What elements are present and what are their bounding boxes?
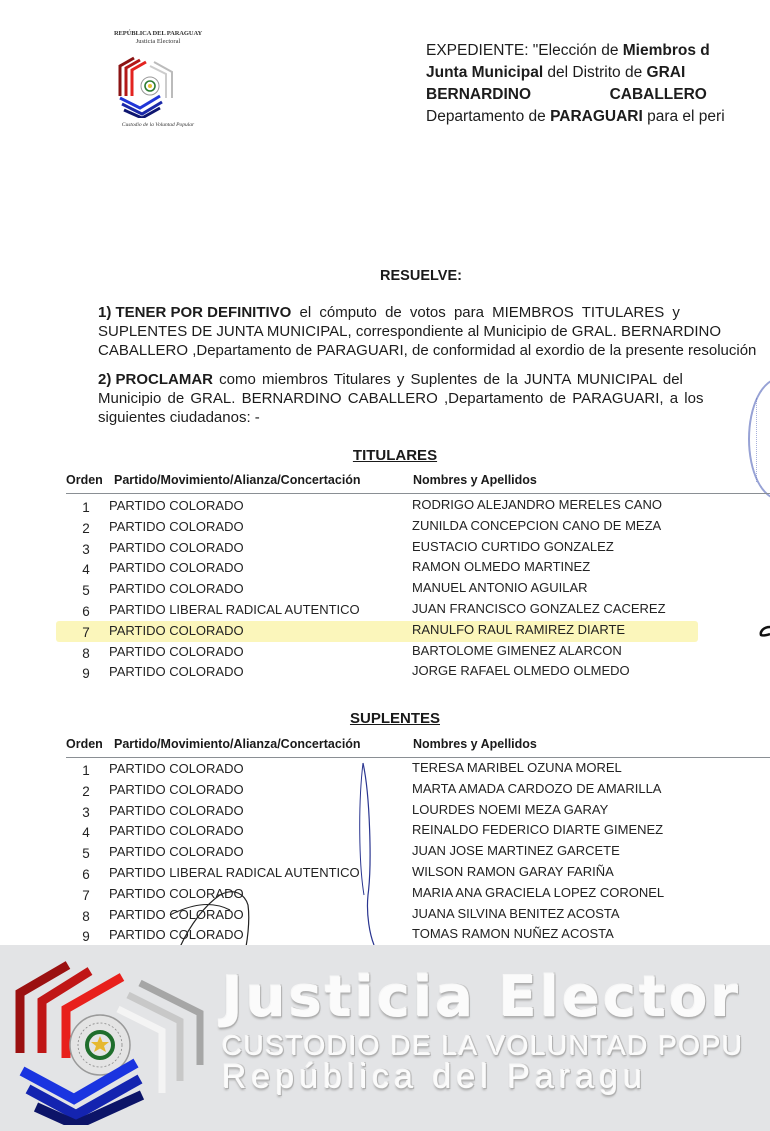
cell-nombre: MARIA ANA GRACIELA LOPEZ CORONEL — [412, 885, 664, 900]
table-row: 1PARTIDO COLORADORODRIGO ALEJANDRO MEREL… — [66, 497, 770, 518]
paragraph-lead: 1) TENER POR DEFINITIVO — [98, 304, 291, 321]
cell-partido: PARTIDO COLORADO — [109, 664, 244, 679]
paragraph-text: SUPLENTES DE JUNTA MUNICIPAL, correspond… — [98, 322, 770, 341]
cell-orden: 9 — [80, 666, 92, 681]
justicia-electoral-logo: REPÚBLICA DEL PARAGUAY Justicia Electora… — [98, 30, 218, 132]
paragraph-text: Municipio de GRAL. BERNARDINO CABALLERO … — [98, 389, 770, 408]
resolution-paragraph-2: 2) PROCLAMAR como miembros Titulares y S… — [98, 370, 770, 427]
table-row: 8PARTIDO COLORADOBARTOLOME GIMENEZ ALARC… — [66, 643, 770, 664]
column-header-nombre: Nombres y Apellidos — [413, 737, 537, 751]
suplentes-title: SUPLENTES — [0, 710, 770, 727]
table-row: 2PARTIDO COLORADOZUNILDA CONCEPCION CANO… — [66, 518, 770, 539]
cell-nombre: RAMON OLMEDO MARTINEZ — [412, 559, 590, 574]
cell-partido: PARTIDO COLORADO — [109, 560, 244, 575]
cell-orden: 5 — [80, 583, 92, 598]
column-header-partido: Partido/Movimiento/Alianza/Concertación — [114, 473, 361, 487]
cell-nombre: ZUNILDA CONCEPCION CANO DE MEZA — [412, 518, 661, 533]
cell-partido: PARTIDO COLORADO — [109, 519, 244, 534]
signature-ink-icon — [160, 755, 390, 950]
paragraph-text: el cómputo de votos para MIEMBROS TITULA… — [291, 304, 680, 321]
column-header-nombre: Nombres y Apellidos — [413, 473, 537, 487]
titulares-title: TITULARES — [0, 447, 770, 464]
column-header-orden: Orden — [66, 473, 103, 487]
cell-nombre: MANUEL ANTONIO AGUILAR — [412, 580, 588, 595]
paragraph-lead: 2) PROCLAMAR — [98, 371, 213, 388]
cell-partido: PARTIDO COLORADO — [109, 623, 244, 638]
expediente-text: Departamento de — [426, 108, 550, 125]
cell-partido: PARTIDO COLORADO — [109, 644, 244, 659]
banner-title: Justicia Elector — [222, 965, 741, 1030]
cell-orden: 4 — [80, 562, 92, 577]
banner-country: República del Paragu — [222, 1058, 647, 1097]
titulares-table-body: 1PARTIDO COLORADORODRIGO ALEJANDRO MEREL… — [66, 497, 770, 684]
cell-orden: 3 — [80, 542, 92, 557]
cell-partido: PARTIDO LIBERAL RADICAL AUTENTICO — [109, 602, 360, 617]
cell-partido: PARTIDO COLORADO — [109, 498, 244, 513]
expediente-text: EXPEDIENTE: "Elección de — [426, 42, 623, 59]
paragraph-text: como miembros Titulares y Suplentes de l… — [213, 371, 683, 388]
expediente-heading: EXPEDIENTE: "Elección de Miembros d Junt… — [426, 40, 770, 128]
cell-orden: 7 — [80, 888, 92, 903]
logo-country: REPÚBLICA DEL PARAGUAY — [98, 30, 218, 37]
expediente-text-bold: BERNARDINO — [426, 84, 531, 106]
cell-nombre: TERESA MARIBEL OZUNA MOREL — [412, 760, 622, 775]
cell-nombre: EUSTACIO CURTIDO GONZALEZ — [412, 539, 614, 554]
cell-orden: 8 — [80, 909, 92, 924]
cell-partido: PARTIDO COLORADO — [109, 581, 244, 596]
cell-nombre: RANULFO RAUL RAMIREZ DIARTE — [412, 622, 625, 637]
expediente-text-bold: GRAI — [647, 64, 686, 81]
table-row: 3PARTIDO COLORADOEUSTACIO CURTIDO GONZAL… — [66, 539, 770, 560]
table-row-highlighted: 7PARTIDO COLORADORANULFO RAUL RAMIREZ DI… — [66, 622, 770, 643]
cell-nombre: JORGE RAFAEL OLMEDO OLMEDO — [412, 663, 630, 678]
expediente-text-bold: PARAGUARI — [550, 108, 643, 125]
expediente-text-bold: CABALLERO — [610, 84, 707, 106]
cell-orden: 3 — [80, 805, 92, 820]
logo-motto: Custodio de la Voluntad Popular — [98, 122, 218, 128]
cell-orden: 1 — [80, 763, 92, 778]
cell-nombre: RODRIGO ALEJANDRO MERELES CANO — [412, 497, 662, 512]
table-row: 5PARTIDO COLORADOMANUEL ANTONIO AGUILAR — [66, 580, 770, 601]
cell-orden: 7 — [80, 625, 92, 640]
paragraph-text: siguientes ciudadanos: - — [98, 408, 770, 427]
cell-partido: PARTIDO COLORADO — [109, 540, 244, 555]
official-stamp-text — [756, 398, 770, 482]
justicia-electoral-banner: Justicia Elector CUSTODIO DE LA VOLUNTAD… — [0, 945, 770, 1131]
resolution-paragraph-1: 1) TENER POR DEFINITIVO el cómputo de vo… — [98, 303, 770, 360]
table-row: 9PARTIDO COLORADOJORGE RAFAEL OLMEDO OLM… — [66, 663, 770, 684]
logo-institution: Justicia Electoral — [98, 38, 218, 45]
cell-orden: 6 — [80, 604, 92, 619]
column-header-orden: Orden — [66, 737, 103, 751]
cell-orden: 8 — [80, 646, 92, 661]
expediente-text-bold: Junta Municipal — [426, 64, 543, 81]
justicia-electoral-banner-logo-icon — [10, 953, 210, 1125]
paragraph-text: CABALLERO ,Departamento de PARAGUARI, de… — [98, 341, 770, 360]
cell-nombre: TOMAS RAMON NUÑEZ ACOSTA — [412, 926, 614, 941]
cell-nombre: JUAN FRANCISCO GONZALEZ CACEREZ — [412, 601, 666, 616]
cell-orden: 6 — [80, 867, 92, 882]
cell-nombre: WILSON RAMON GARAY FARIÑA — [412, 864, 614, 879]
cell-nombre: MARTA AMADA CARDOZO DE AMARILLA — [412, 781, 661, 796]
expediente-text-bold: Miembros d — [623, 42, 710, 59]
cell-nombre: LOURDES NOEMI MEZA GARAY — [412, 802, 608, 817]
cell-nombre: REINALDO FEDERICO DIARTE GIMENEZ — [412, 822, 663, 837]
resuelve-heading: RESUELVE: — [0, 268, 770, 284]
cell-orden: 2 — [80, 784, 92, 799]
cell-nombre: JUANA SILVINA BENITEZ ACOSTA — [412, 906, 620, 921]
titulares-table-header: Orden Partido/Movimiento/Alianza/Concert… — [66, 473, 770, 494]
cell-orden: 9 — [80, 929, 92, 944]
expediente-text: del Distrito de — [543, 64, 646, 81]
cell-nombre: BARTOLOME GIMENEZ ALARCON — [412, 643, 622, 658]
table-row: 6PARTIDO LIBERAL RADICAL AUTENTICOJUAN F… — [66, 601, 770, 622]
column-header-partido: Partido/Movimiento/Alianza/Concertación — [114, 737, 361, 751]
expediente-text: para el peri — [643, 108, 725, 125]
justicia-electoral-emblem-icon — [114, 52, 202, 118]
cell-orden: 5 — [80, 846, 92, 861]
cell-orden: 1 — [80, 500, 92, 515]
cell-orden: 4 — [80, 825, 92, 840]
cell-nombre: JUAN JOSE MARTINEZ GARCETE — [412, 843, 620, 858]
table-row: 4PARTIDO COLORADORAMON OLMEDO MARTINEZ — [66, 559, 770, 580]
cell-orden: 2 — [80, 521, 92, 536]
